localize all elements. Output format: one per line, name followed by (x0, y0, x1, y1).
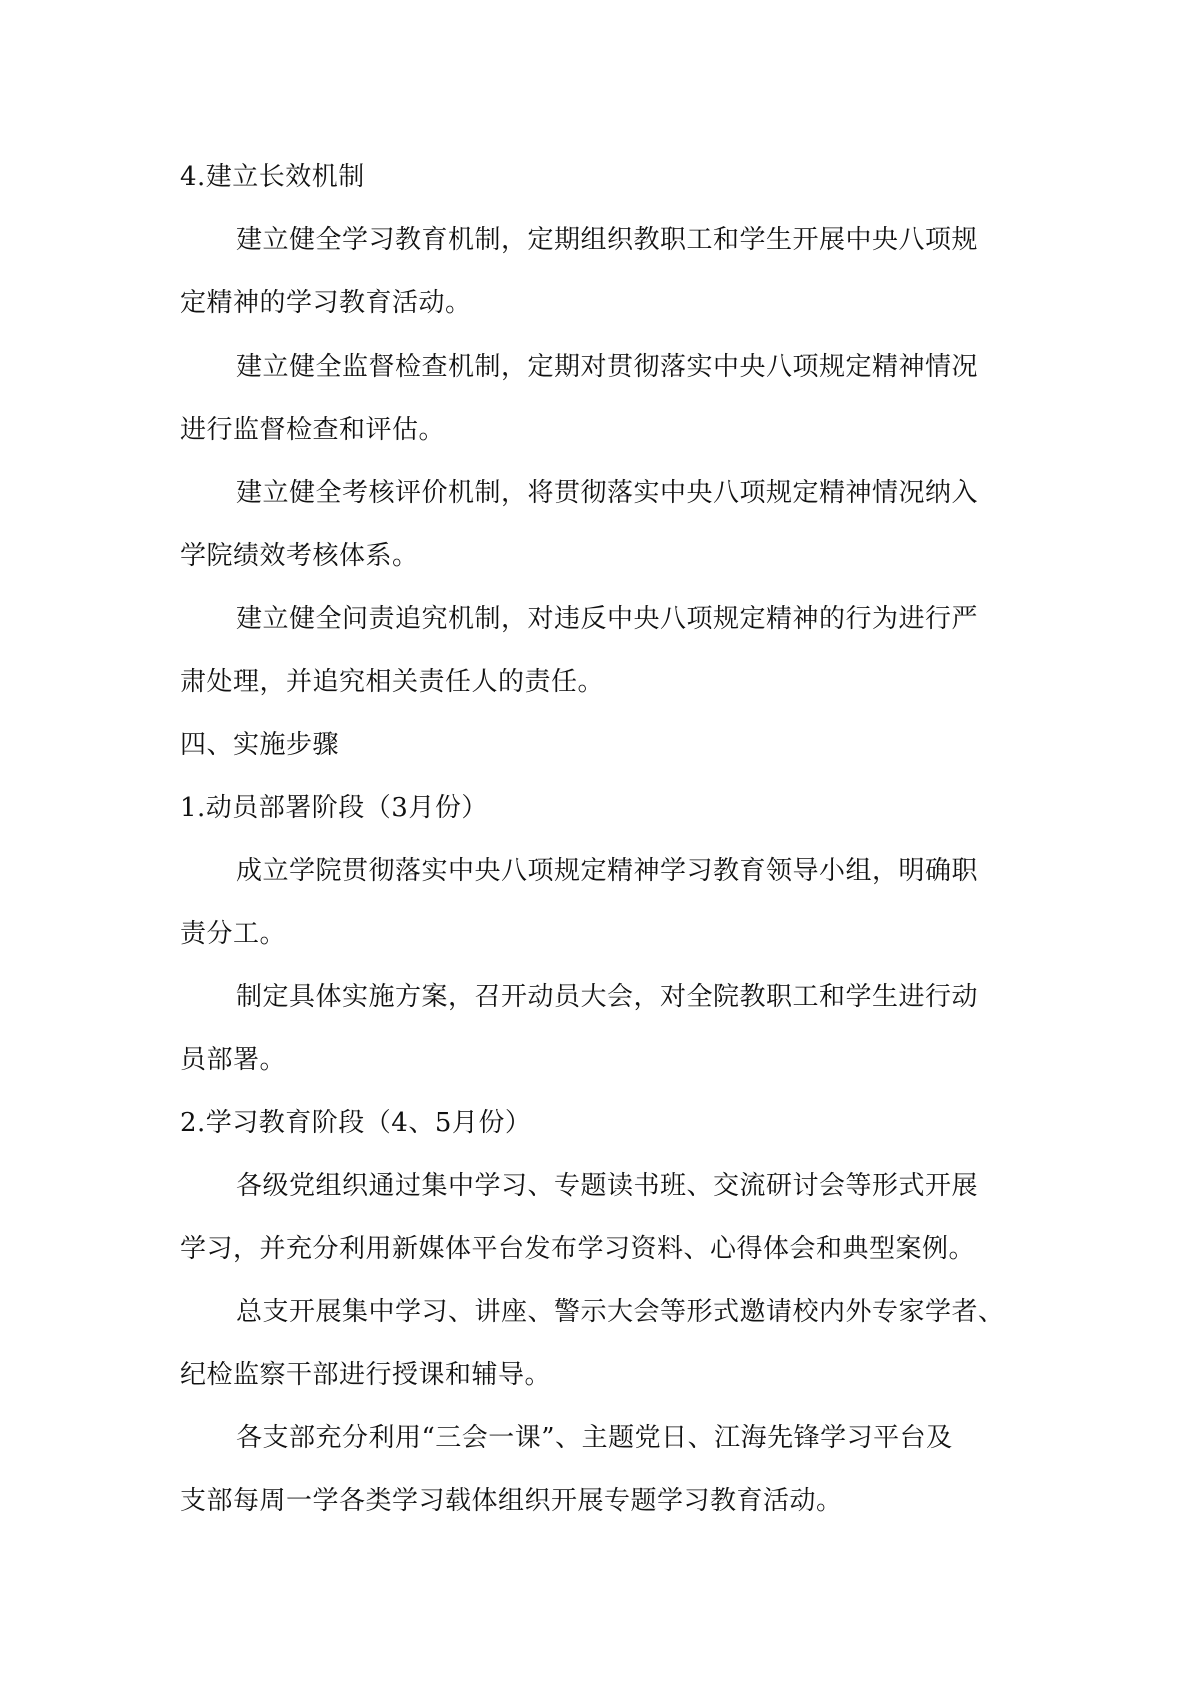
subsection-heading: 1.动员部署阶段（3月份） (180, 793, 488, 823)
paragraph-line: 学院绩效考核体系。 (180, 541, 419, 571)
paragraph-line: 学习，并充分利用新媒体平台发布学习资料、心得体会和典型案例。 (180, 1234, 975, 1264)
paragraph-line: 成立学院贯彻落实中央八项规定精神学习教育领导小组，明确职 (236, 856, 978, 886)
paragraph-line: 肃处理，并追究相关责任人的责任。 (180, 667, 604, 697)
section-heading: 四、实施步骤 (180, 730, 339, 760)
paragraph-line: 进行监督检查和评估。 (180, 415, 445, 445)
paragraph-line: 责分工。 (180, 919, 286, 949)
section-heading: 4.建立长效机制 (180, 162, 365, 192)
paragraph-line: 制定具体实施方案，召开动员大会，对全院教职工和学生进行动 (236, 982, 978, 1012)
document-page: 4.建立长效机制 建立健全学习教育机制，定期组织教职工和学生开展中央八项规 定精… (0, 0, 1191, 1684)
paragraph-line: 总支开展集中学习、讲座、警示大会等形式邀请校内外专家学者、 (236, 1297, 1005, 1327)
paragraph-line: 纪检监察干部进行授课和辅导。 (180, 1360, 551, 1390)
paragraph-line: 建立健全监督检查机制，定期对贯彻落实中央八项规定精神情况 (236, 352, 978, 382)
paragraph-line: 各支部充分利用“三会一课”、主题党日、江海先锋学习平台及 (236, 1423, 953, 1453)
paragraph-line: 各级党组织通过集中学习、专题读书班、交流研讨会等形式开展 (236, 1171, 978, 1201)
subsection-heading: 2.学习教育阶段（4、5月份） (180, 1108, 531, 1138)
paragraph-line: 建立健全问责追究机制，对违反中央八项规定精神的行为进行严 (236, 604, 978, 634)
paragraph-line: 定精神的学习教育活动。 (180, 288, 472, 318)
paragraph-line: 建立健全学习教育机制，定期组织教职工和学生开展中央八项规 (236, 225, 978, 255)
paragraph-line: 员部署。 (180, 1045, 286, 1075)
paragraph-line: 建立健全考核评价机制，将贯彻落实中央八项规定精神情况纳入 (236, 478, 978, 508)
paragraph-line: 支部每周一学各类学习载体组织开展专题学习教育活动。 (180, 1486, 843, 1516)
